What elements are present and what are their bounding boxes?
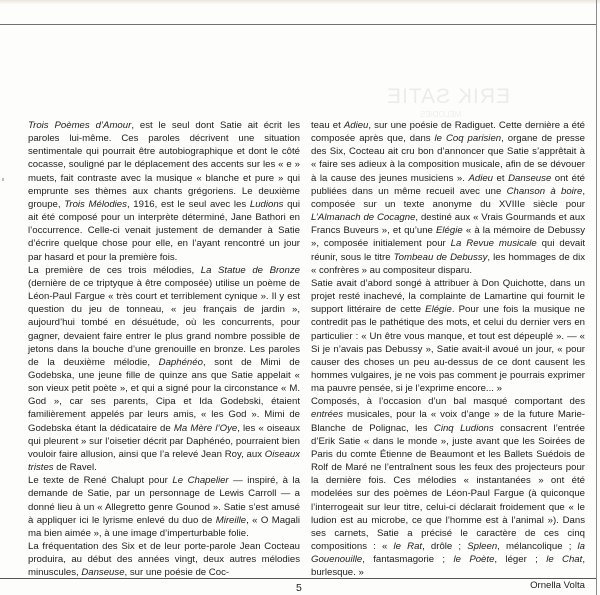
body-text: Le texte de René Chalupt pour: [28, 475, 172, 486]
italic-title-text: le Poète: [453, 554, 494, 565]
italic-title-text: Elégie: [436, 225, 463, 236]
italic-title-text: entrées: [311, 409, 343, 420]
body-text: , 1916, est le seul avec les: [127, 199, 250, 210]
italic-title-text: La Statue de Bronze: [201, 265, 300, 276]
scan-top-edge: [0, 0, 600, 4]
italic-title-text: Le Chapelier: [172, 475, 228, 486]
body-text: , sur une poésie de Coc-: [125, 567, 230, 578]
italic-title-text: Danseuse: [81, 567, 124, 578]
italic-title-text: Adieu: [344, 120, 369, 131]
italic-title-text: Elégie: [425, 304, 452, 315]
body-text: , mélancolique ;: [497, 541, 577, 552]
page-right-edge: [596, 0, 597, 595]
body-text: , léger ;: [494, 554, 546, 565]
italic-title-text: Trois Mélodies: [64, 199, 127, 210]
body-text: , est le seul dont Satie ait écrit les p…: [28, 120, 300, 210]
paragraph: Composés, à l’occasion d’un bal masqué c…: [311, 395, 585, 579]
bleed-through-title: ERIK SATIE: [386, 85, 510, 109]
paragraph: La fréquentation des Six et de leur port…: [28, 540, 300, 579]
body-text: . Pour une fois la musique ne contredit …: [311, 304, 585, 394]
page-number: 5: [296, 582, 302, 594]
paragraph: teau et Adieu, sur une poésie de Radigue…: [311, 119, 585, 277]
top-rule: [0, 24, 596, 25]
paragraph: Le texte de René Chalupt pour Le Chapeli…: [28, 474, 300, 540]
body-text: Composés, à l’occasion d’un bal masqué c…: [311, 396, 585, 407]
paragraph: Satie avait d’abord songé à attribuer à …: [311, 277, 585, 395]
italic-title-text: L’Almanach de Cocagne: [311, 212, 415, 223]
italic-title-text: Daphénéo: [159, 357, 203, 368]
author-signature: Ornella Volta: [311, 579, 585, 592]
right-text-column: teau et Adieu, sur une poésie de Radigue…: [311, 119, 585, 593]
paragraph: Trois Poèmes d’Amour, est le seul dont S…: [28, 119, 300, 264]
paragraph: La première de ces trois mélodies, La St…: [28, 264, 300, 475]
italic-title-text: Ma Mère l’Oye: [174, 423, 237, 434]
scan-speck: [2, 178, 4, 181]
italic-title-text: Ludions: [250, 199, 284, 210]
body-text: consacrent l’entrée d’Erik Satie « dans …: [311, 423, 585, 552]
italic-title-text: le Rat: [394, 541, 423, 552]
body-text: (dernière de ce triptyque à être composé…: [28, 278, 300, 368]
italic-title-text: Trois Poèmes d’Amour: [28, 120, 131, 131]
left-text-column: Trois Poèmes d’Amour, est le seul dont S…: [28, 119, 300, 579]
body-text: La première de ces trois mélodies,: [28, 265, 201, 276]
italic-title-text: Mireille: [216, 515, 246, 526]
bleed-through-subtitle: MÉLODIES: [420, 110, 461, 119]
italic-title-text: Chanson à boire: [507, 186, 583, 197]
italic-title-text: Spleen: [467, 541, 497, 552]
bottom-rule: [0, 578, 596, 579]
italic-title-text: Cinq Ludions: [434, 423, 494, 434]
body-text: de Ravel.: [54, 462, 97, 473]
italic-title-text: La Revue musicale: [451, 238, 537, 249]
body-text: , drôle ;: [422, 541, 467, 552]
italic-title-text: Adieu: [468, 173, 493, 184]
body-text: et: [493, 173, 508, 184]
body-text: teau et: [311, 120, 344, 131]
italic-title-text: le Coq parisien: [435, 133, 502, 144]
italic-title-text: le Chat: [546, 554, 582, 565]
body-text: , fantasmagorie ;: [362, 554, 453, 565]
italic-title-text: Danseuse: [508, 173, 551, 184]
italic-title-text: Tombeau de Debussy: [394, 252, 488, 263]
